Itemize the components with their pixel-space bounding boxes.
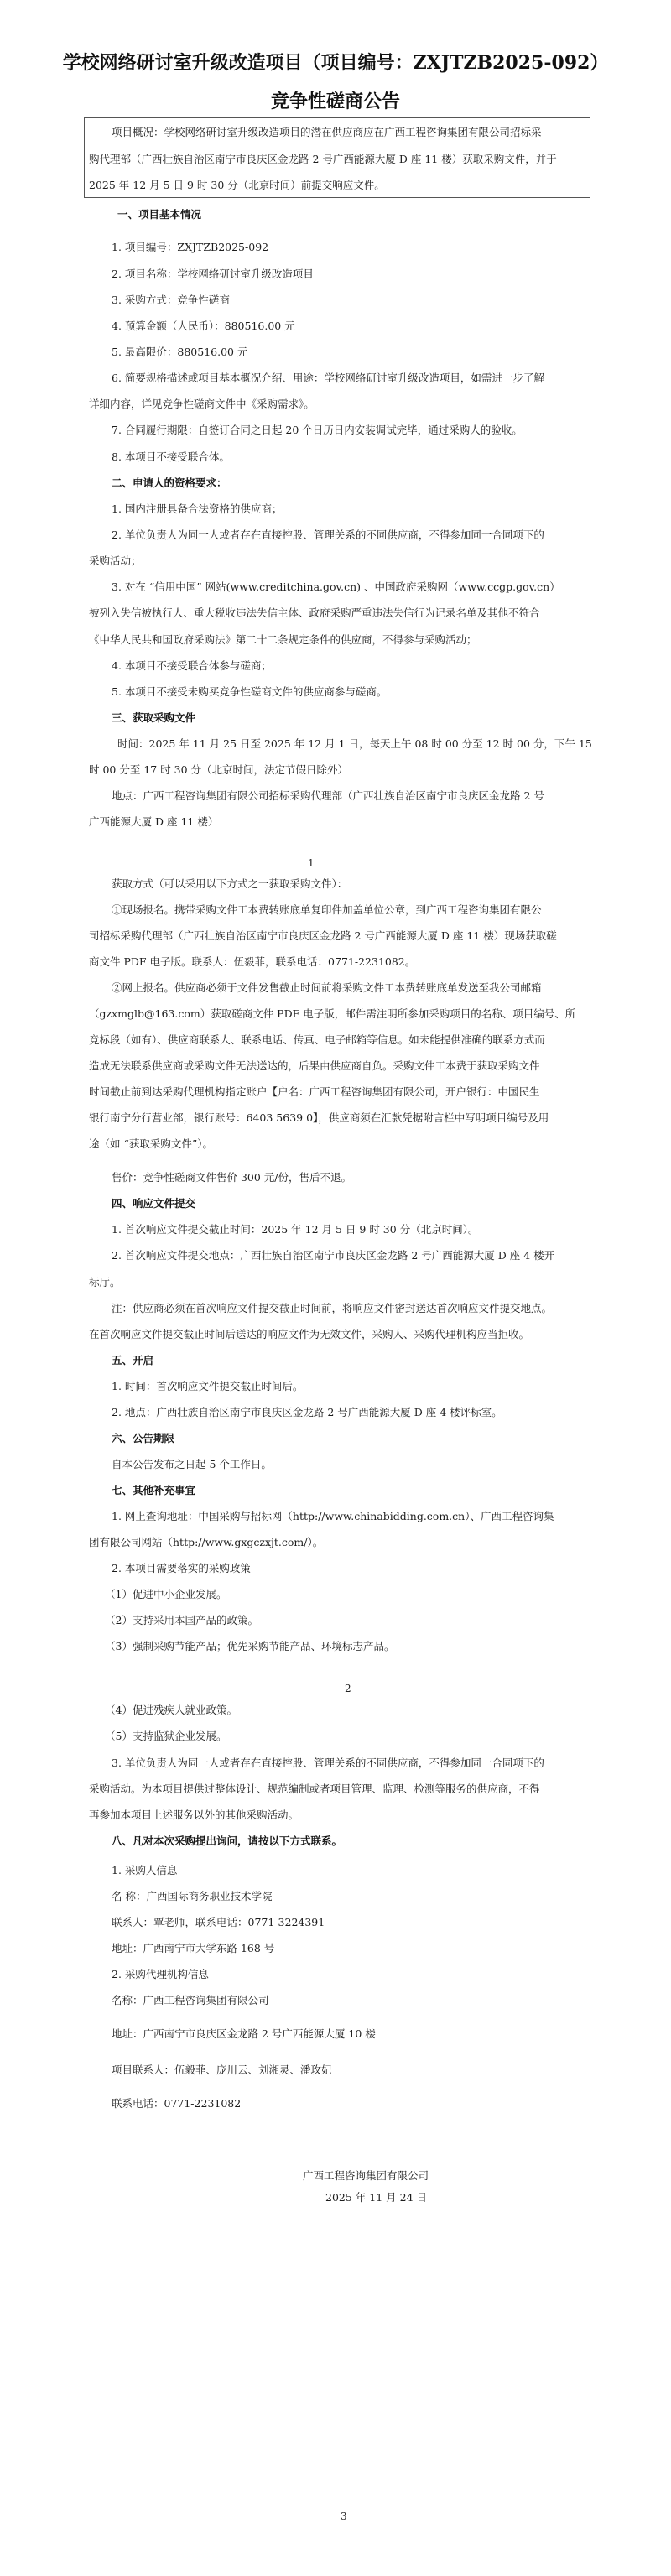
list-item: 2. 首次响应文件提交地点：广西壮族自治区南宁市良庆区金龙路 2 号广西能源大厦… — [112, 1249, 554, 1262]
list-item-continuation: 被列入失信被执行人、重大税收违法失信主体、政府采购严重违法失信行为记录名单及其他… — [89, 606, 540, 620]
page-number: 2 — [345, 1683, 351, 1694]
policy-item: （2）支持采用本国产品的政策。 — [105, 1614, 258, 1627]
document-subtitle: 竞争性磋商公告 — [0, 87, 671, 113]
list-item-continuation: 详细内容，详见竞争性磋商文件中《采购需求》。 — [89, 398, 315, 411]
method-line: 商文件 PDF 电子版。联系人：伍毅菲，联系电话：0771-2231082。 — [89, 955, 415, 969]
list-item: 8. 本项目不接受联合体。 — [112, 450, 230, 464]
list-item: 4. 本项目不接受联合体参与磋商； — [112, 659, 272, 673]
section-heading: 六、公告期限 — [112, 1432, 174, 1445]
signature-company: 广西工程咨询集团有限公司 — [303, 2169, 429, 2183]
time-line-continuation: 时 00 分至 17 时 30 分（北京时间，法定节假日除外） — [89, 763, 348, 777]
method-line: ②网上报名。供应商必须于文件发售截止时间前将采购文件工本费转账底单发送至我公司邮… — [112, 981, 542, 995]
purchaser-address: 地址：广西南宁市大学东路 168 号 — [112, 1942, 274, 1955]
list-item: 2. 本项目需要落实的采购政策 — [112, 1562, 251, 1575]
notice-period: 自本公告发布之日起 5 个工作日。 — [112, 1458, 272, 1471]
method-line: 竞标段（如有）、供应商联系人、联系电话、传真、电子邮箱等信息。如未能提供准确的联… — [89, 1033, 545, 1047]
section-heading: 三、获取采购文件 — [112, 711, 195, 725]
policy-item: （3）强制采购节能产品；优先采购节能产品、环境标志产品。 — [105, 1640, 394, 1653]
section-heading: 五、开启 — [112, 1354, 153, 1367]
list-item-continuation: 标厅。 — [89, 1276, 121, 1289]
agency-heading: 2. 采购代理机构信息 — [112, 1968, 209, 1981]
agency-address: 地址：广西南宁市良庆区金龙路 2 号广西能源大厦 10 楼 — [112, 2027, 376, 2041]
method-line: 司招标采购代理部（广西壮族自治区南宁市良庆区金龙路 2 号广西能源大厦 D 座 … — [89, 929, 557, 943]
list-item: 3. 采购方式：竞争性磋商 — [112, 294, 230, 307]
purchaser-heading: 1. 采购人信息 — [112, 1864, 177, 1877]
page-number: 3 — [341, 2511, 347, 2522]
note-line: 注：供应商必须在首次响应文件提交截止时间前，将响应文件密封送达首次响应文件提交地… — [112, 1302, 552, 1315]
agency-phone: 联系电话：0771-2231082 — [112, 2097, 241, 2110]
time-line: 时间：2025 年 11 月 25 日至 2025 年 12 月 1 日，每天上… — [117, 737, 592, 751]
summary-line: 2025 年 12 月 5 日 9 时 30 分（北京时间）前提交响应文件。 — [89, 179, 385, 192]
section-heading: 八、凡对本次采购提出询问，请按以下方式联系。 — [112, 1834, 342, 1848]
summary-line: 购代理部（广西壮族自治区南宁市良庆区金龙路 2 号广西能源大厦 D 座 11 楼… — [89, 153, 557, 166]
section-heading: 一、项目基本情况 — [117, 208, 201, 221]
list-item-continuation: 团有限公司网站（http://www.gxgczxjt.com/）。 — [89, 1536, 323, 1549]
list-item: 1. 首次响应文件提交截止时间：2025 年 12 月 5 日 9 时 30 分… — [112, 1223, 478, 1236]
list-item: 1. 网上查询地址：中国采购与招标网（http://www.chinabiddi… — [112, 1510, 554, 1523]
method-line: 时间截止前到达采购代理机构指定账户【户名：广西工程咨询集团有限公司，开户银行：中… — [89, 1085, 540, 1099]
section-heading: 四、响应文件提交 — [112, 1197, 195, 1210]
document-title: 学校网络研讨室升级改造项目（项目编号：ZXJTZB2025-092） — [0, 49, 671, 75]
list-item: 5. 最高限价：880516.00 元 — [112, 346, 247, 359]
section-heading: 七、其他补充事宜 — [112, 1484, 195, 1497]
list-item: 3. 对在 “信用中国” 网站(www.creditchina.gov.cn) … — [112, 580, 560, 594]
list-item: 2. 地点：广西壮族自治区南宁市良庆区金龙路 2 号广西能源大厦 D 座 4 楼… — [112, 1406, 502, 1419]
list-item: 6. 简要规格描述或项目基本概况介绍、用途：学校网络研讨室升级改造项目，如需进一… — [112, 372, 544, 385]
method-line: ①现场报名。携带采购文件工本费转账底单复印件加盖单位公章，到广西工程咨询集团有限… — [112, 903, 542, 917]
section-heading: 二、申请人的资格要求： — [112, 476, 227, 490]
list-item: 1. 国内注册具备合法资格的供应商； — [112, 502, 282, 516]
policy-item: （5）支持监狱企业发展。 — [105, 1730, 226, 1743]
method-line: （gzxmglb@163.com）获取磋商文件 PDF 电子版，邮件需注明所参加… — [89, 1007, 575, 1021]
price-line: 售价：竞争性磋商文件售价 300 元/份，售后不退。 — [112, 1171, 351, 1184]
list-item: 2. 单位负责人为同一人或者存在直接控股、管理关系的不同供应商，不得参加同一合同… — [112, 528, 544, 542]
place-line-continuation: 广西能源大厦 D 座 11 楼） — [89, 815, 218, 829]
list-item-continuation: 《中华人民共和国政府采购法》第二十二条规定条件的供应商，不得参与采购活动； — [89, 633, 477, 647]
list-item: 3. 单位负责人为同一人或者存在直接控股、管理关系的不同供应商，不得参加同一合同… — [112, 1756, 544, 1770]
method-line: 途（如 “获取采购文件”）。 — [89, 1137, 213, 1151]
list-item: 5. 本项目不接受未购买竞争性磋商文件的供应商参与磋商。 — [112, 685, 387, 699]
place-line: 地点：广西工程咨询集团有限公司招标采购代理部（广西壮族自治区南宁市良庆区金龙路 … — [112, 789, 544, 803]
list-item: 4. 预算金额（人民币）：880516.00 元 — [112, 320, 295, 333]
page-number: 1 — [308, 857, 315, 869]
method-line: 造成无法联系供应商或采购文件无法送达的，后果由供应商自负。采购文件工本费于获取采… — [89, 1059, 540, 1073]
list-item-continuation: 采购活动； — [89, 554, 142, 568]
list-item-continuation: 再参加本项目上述服务以外的其他采购活动。 — [89, 1808, 299, 1822]
signature-date: 2025 年 11 月 24 日 — [325, 2191, 427, 2204]
purchaser-contact: 联系人：覃老师，联系电话：0771-3224391 — [112, 1916, 325, 1929]
list-item: 1. 项目编号：ZXJTZB2025-092 — [112, 241, 268, 254]
summary-line: 项目概况：学校网络研讨室升级改造项目的潜在供应商应在广西工程咨询集团有限公司招标… — [112, 126, 542, 139]
list-item: 2. 项目名称：学校网络研讨室升级改造项目 — [112, 268, 314, 281]
policy-item: （4）促进残疾人就业政策。 — [105, 1704, 237, 1717]
list-item: 1. 时间：首次响应文件提交截止时间后。 — [112, 1380, 303, 1393]
list-item: 7. 合同履行期限：自签订合同之日起 20 个日历日内安装调试完毕，通过采购人的… — [112, 424, 523, 437]
method-heading: 获取方式（可以采用以下方式之一获取采购文件）： — [112, 877, 347, 891]
note-line: 在首次响应文件提交截止时间后送达的响应文件为无效文件，采购人、采购代理机构应当拒… — [89, 1328, 529, 1341]
agency-contacts: 项目联系人：伍毅菲、庞川云、刘湘灵、潘玫妃 — [112, 2063, 332, 2077]
purchaser-name: 名 称：广西国际商务职业技术学院 — [112, 1890, 272, 1903]
method-line: 银行南宁分行营业部，银行账号：6403 5639 0】，供应商须在汇款凭据附言栏… — [89, 1111, 549, 1125]
agency-name: 名称：广西工程咨询集团有限公司 — [112, 1994, 269, 2007]
policy-item: （1）促进中小企业发展。 — [105, 1588, 226, 1601]
document-page: 学校网络研讨室升级改造项目（项目编号：ZXJTZB2025-092） 竞争性磋商… — [0, 0, 671, 2576]
list-item-continuation: 采购活动。为本项目提供过整体设计、规范编制或者项目管理、监理、检测等服务的供应商… — [89, 1782, 540, 1796]
